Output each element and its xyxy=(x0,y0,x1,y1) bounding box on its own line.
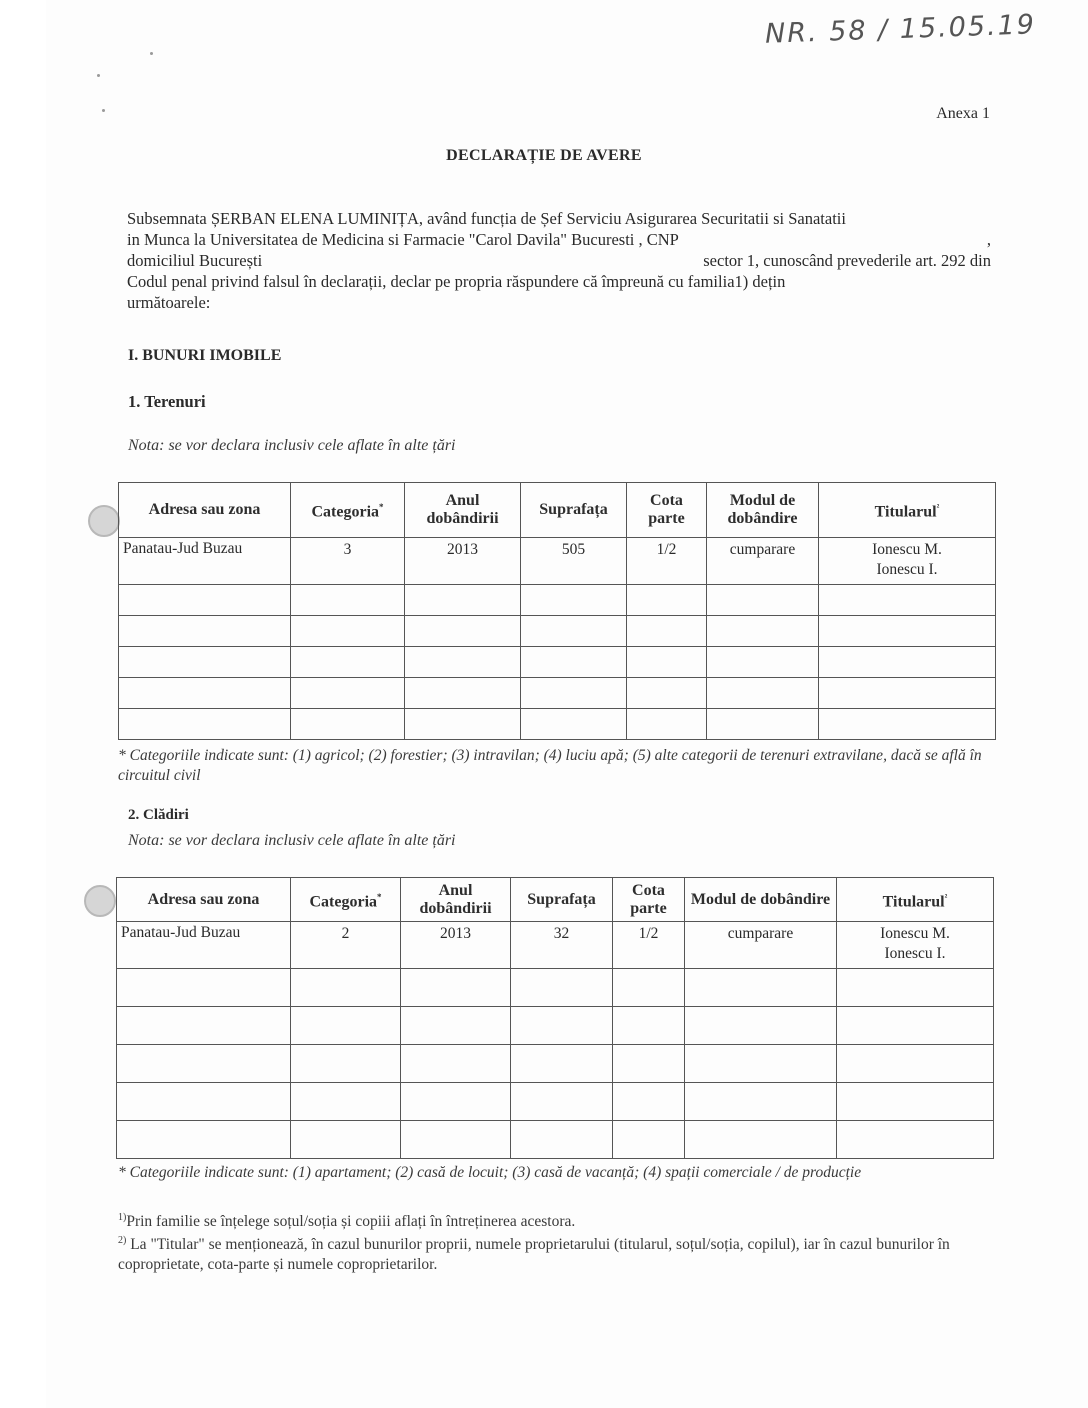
column-header: Cota parte xyxy=(613,878,685,922)
cell-cota xyxy=(627,585,707,616)
column-header: Categoria* xyxy=(291,483,405,538)
subsection-heading-terenuri: 1. Terenuri xyxy=(128,392,206,412)
cell-anul xyxy=(405,709,521,740)
cell-adresa: Panatau-Jud Buzau xyxy=(117,922,291,969)
column-header: Modul de dobândire xyxy=(707,483,819,538)
footnote-marker: ² xyxy=(945,892,948,902)
cell-suprafata xyxy=(521,709,627,740)
table-row xyxy=(117,1045,994,1083)
cell-suprafata xyxy=(511,1083,613,1121)
intro-line-3: domiciliul Bucureștisector 1, cunoscând … xyxy=(127,250,991,271)
intro-line-1: Subsemnata ȘERBAN ELENA LUMINIȚA, având … xyxy=(127,208,991,229)
column-header: Anul dobândirii xyxy=(401,878,511,922)
cell-categoria xyxy=(291,678,405,709)
cell-anul xyxy=(401,1121,511,1159)
column-header: Adresa sau zona xyxy=(119,483,291,538)
cell-cota: 1/2 xyxy=(627,538,707,585)
cell-categoria xyxy=(291,647,405,678)
table-header-row: Adresa sau zonaCategoria*Anul dobândirii… xyxy=(119,483,996,538)
cell-adresa xyxy=(119,616,291,647)
intro-sector: sector 1, cunoscând prevederile art. 292… xyxy=(703,250,991,271)
cell-suprafata xyxy=(511,969,613,1007)
titular-footnote-text: La "Titular" se menționează, în cazul bu… xyxy=(118,1236,950,1273)
table-row xyxy=(117,969,994,1007)
cell-adresa xyxy=(119,678,291,709)
cell-modul: cumparare xyxy=(707,538,819,585)
document-title: DECLARAȚIE DE AVERE xyxy=(0,147,1088,165)
terenuri-table: Adresa sau zonaCategoria*Anul dobândirii… xyxy=(118,482,996,740)
cell-suprafata xyxy=(521,678,627,709)
cell-titular xyxy=(837,1045,994,1083)
cell-cota xyxy=(613,1007,685,1045)
cell-categoria: 2 xyxy=(291,922,401,969)
cell-suprafata xyxy=(521,616,627,647)
cell-adresa xyxy=(119,647,291,678)
table-row xyxy=(119,616,996,647)
cell-titular xyxy=(837,1007,994,1045)
cell-modul xyxy=(685,1083,837,1121)
cell-anul xyxy=(401,1083,511,1121)
cell-anul xyxy=(405,585,521,616)
cell-adresa xyxy=(117,1045,291,1083)
cell-suprafata xyxy=(521,647,627,678)
cell-titular xyxy=(819,647,996,678)
cell-cota xyxy=(613,1045,685,1083)
cell-categoria xyxy=(291,585,405,616)
scan-speck xyxy=(102,109,105,112)
cell-suprafata: 32 xyxy=(511,922,613,969)
family-footnote: 1)Prin familie se înțelege soțul/soția ș… xyxy=(118,1208,990,1232)
cell-modul xyxy=(685,1045,837,1083)
table-row: Panatau-Jud Buzau320135051/2cumparareIon… xyxy=(119,538,996,585)
cell-anul xyxy=(405,678,521,709)
titular-name: Ionescu I. xyxy=(841,944,989,964)
cell-cota xyxy=(613,1083,685,1121)
footnote-marker: ² xyxy=(937,502,940,512)
column-header: Cota parte xyxy=(627,483,707,538)
cell-adresa: Panatau-Jud Buzau xyxy=(119,538,291,585)
cell-modul xyxy=(707,585,819,616)
table-row xyxy=(119,678,996,709)
column-header: Suprafața xyxy=(521,483,627,538)
intro-domicile: domiciliul București xyxy=(127,251,262,270)
table-header-row: Adresa sau zonaCategoria*Anul dobândirii… xyxy=(117,878,994,922)
table-row xyxy=(119,585,996,616)
table-row xyxy=(119,709,996,740)
cell-adresa xyxy=(117,969,291,1007)
column-header: Suprafața xyxy=(511,878,613,922)
punch-hole-marker xyxy=(88,505,120,537)
cell-modul xyxy=(707,678,819,709)
cell-titular: Ionescu M.Ionescu I. xyxy=(819,538,996,585)
cell-adresa xyxy=(119,585,291,616)
terenuri-note: Nota: se vor declara inclusiv cele aflat… xyxy=(128,437,455,455)
cell-titular xyxy=(819,678,996,709)
titular-name: Ionescu I. xyxy=(823,560,991,580)
cell-categoria xyxy=(291,1007,401,1045)
table-row xyxy=(117,1121,994,1159)
cell-anul: 2013 xyxy=(401,922,511,969)
cladiri-table: Adresa sau zonaCategoria*Anul dobândirii… xyxy=(116,877,994,1159)
declaration-intro: Subsemnata ȘERBAN ELENA LUMINIȚA, având … xyxy=(127,208,991,313)
section-heading-bunuri-imobile: I. BUNURI IMOBILE xyxy=(128,347,281,365)
column-header: Modul de dobândire xyxy=(685,878,837,922)
cell-anul xyxy=(401,1007,511,1045)
footnote-marker: * xyxy=(377,892,382,902)
cell-cota xyxy=(627,616,707,647)
cell-suprafata xyxy=(511,1007,613,1045)
cell-modul xyxy=(685,969,837,1007)
column-header: Anul dobândirii xyxy=(405,483,521,538)
cell-anul: 2013 xyxy=(405,538,521,585)
cell-anul xyxy=(405,616,521,647)
cell-categoria xyxy=(291,616,405,647)
cell-categoria xyxy=(291,1121,401,1159)
cell-adresa xyxy=(117,1083,291,1121)
intro-line-2-end: , xyxy=(987,229,991,250)
intro-line-5: următoarele: xyxy=(127,292,991,313)
titular-footnote: 2) La "Titular" se menționează, în cazul… xyxy=(118,1231,990,1275)
titular-name: Ionescu M. xyxy=(823,540,991,560)
cell-titular xyxy=(837,1121,994,1159)
punch-hole-marker xyxy=(84,885,116,917)
scan-margin xyxy=(0,0,46,1408)
cell-modul xyxy=(707,709,819,740)
cell-cota xyxy=(613,969,685,1007)
table-row: Panatau-Jud Buzau22013321/2cumparareIone… xyxy=(117,922,994,969)
cell-titular xyxy=(819,585,996,616)
terenuri-category-footnote: * Categoriile indicate sunt: (1) agricol… xyxy=(118,746,990,786)
column-header: Titularul² xyxy=(837,878,994,922)
cell-titular xyxy=(819,616,996,647)
cell-titular xyxy=(837,969,994,1007)
subsection-heading-cladiri: 2. Clădiri xyxy=(128,807,189,824)
cell-titular xyxy=(819,709,996,740)
cell-adresa xyxy=(117,1007,291,1045)
cell-titular: Ionescu M.Ionescu I. xyxy=(837,922,994,969)
cell-suprafata xyxy=(511,1121,613,1159)
cell-titular xyxy=(837,1083,994,1121)
intro-line-4: Codul penal privind falsul în declarații… xyxy=(127,271,991,292)
titular-name: Ionescu M. xyxy=(841,924,989,944)
table-row xyxy=(117,1007,994,1045)
cell-categoria xyxy=(291,1083,401,1121)
annex-label: Anexa 1 xyxy=(936,105,990,123)
cell-suprafata: 505 xyxy=(521,538,627,585)
scan-speck xyxy=(97,74,100,77)
cell-cota xyxy=(613,1121,685,1159)
cell-categoria xyxy=(291,1045,401,1083)
cell-cota xyxy=(627,678,707,709)
column-header: Titularul² xyxy=(819,483,996,538)
cell-modul xyxy=(707,647,819,678)
intro-line-2-text: in Munca la Universitatea de Medicina si… xyxy=(127,230,679,249)
column-header: Categoria* xyxy=(291,878,401,922)
cell-categoria xyxy=(291,709,405,740)
cell-adresa xyxy=(119,709,291,740)
cell-modul xyxy=(685,1007,837,1045)
cell-anul xyxy=(401,1045,511,1083)
cell-modul: cumparare xyxy=(685,922,837,969)
table-row xyxy=(117,1083,994,1121)
cladiri-note: Nota: se vor declara inclusiv cele aflat… xyxy=(128,832,455,850)
cell-cota xyxy=(627,647,707,678)
cladiri-category-footnote: * Categoriile indicate sunt: (1) apartam… xyxy=(118,1163,990,1183)
cell-categoria xyxy=(291,969,401,1007)
cell-modul xyxy=(707,616,819,647)
column-header: Adresa sau zona xyxy=(117,878,291,922)
cell-cota: 1/2 xyxy=(613,922,685,969)
cell-categoria: 3 xyxy=(291,538,405,585)
cell-anul xyxy=(405,647,521,678)
cell-modul xyxy=(685,1121,837,1159)
intro-line-2: in Munca la Universitatea de Medicina si… xyxy=(127,229,991,250)
cell-suprafata xyxy=(521,585,627,616)
family-footnote-text: Prin familie se înțelege soțul/soția și … xyxy=(126,1213,575,1230)
footnote-marker: * xyxy=(379,502,384,512)
cell-adresa xyxy=(117,1121,291,1159)
table-row xyxy=(119,647,996,678)
cell-cota xyxy=(627,709,707,740)
cell-anul xyxy=(401,969,511,1007)
cell-suprafata xyxy=(511,1045,613,1083)
scan-speck xyxy=(150,52,153,55)
